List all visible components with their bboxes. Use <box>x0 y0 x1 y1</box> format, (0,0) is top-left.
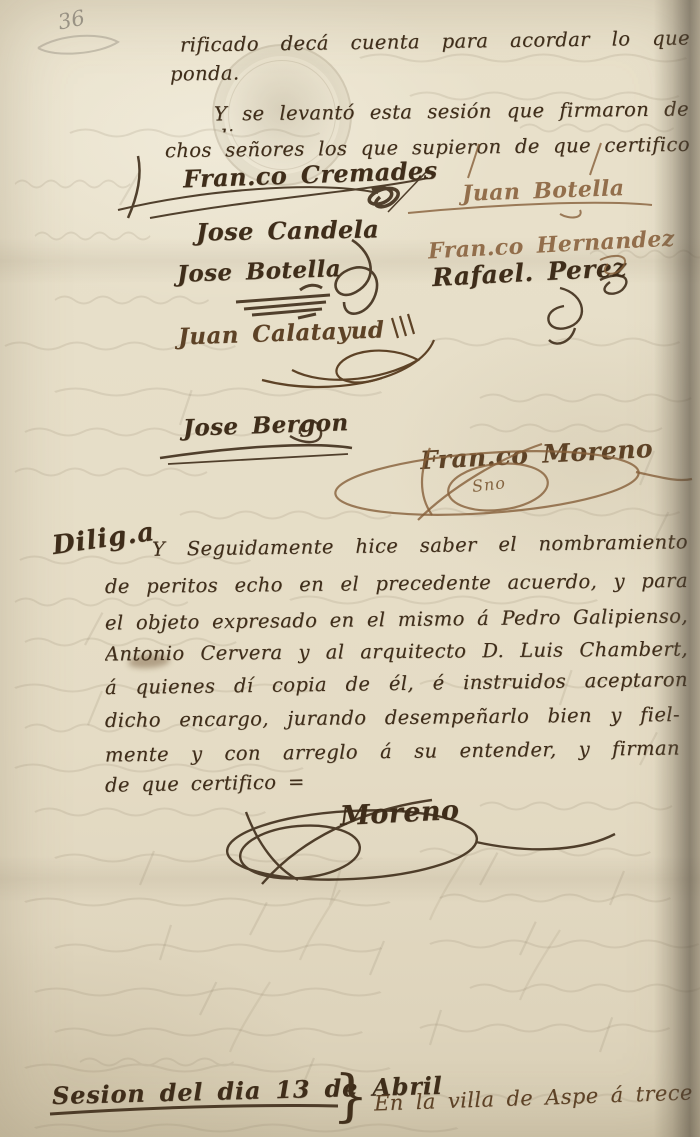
manuscript-page: 36 rificado decá cuenta para acordar lo … <box>0 0 700 1137</box>
session-header-brace: } <box>332 1063 370 1129</box>
paraph-left-margin <box>128 156 140 218</box>
signature-jose-botella: Jose Botella <box>177 255 342 288</box>
diligencia-line-4: Antonio Cervera y al arquitecto D. Luis … <box>105 637 688 672</box>
signature-rubric-jose-botella <box>236 285 330 318</box>
pencil-page-number: 36 <box>56 5 87 34</box>
diligencia-line-3: el objeto expresado en el mismo á Pedro … <box>105 604 688 641</box>
opening-line-1: rificado decá cuenta para acordar lo que… <box>180 26 690 63</box>
signature-juan-botella: Juan Botella <box>462 175 625 207</box>
signature-bergon: Jose Bergon <box>183 409 349 442</box>
moreno-rubric-text: Sno <box>471 473 507 496</box>
opening-line-3: Y se levantó esta sesión que firmaron de… <box>214 98 689 133</box>
paper-crease <box>0 856 700 902</box>
opening-line-2: ponda. <box>170 61 240 85</box>
diligencia-line-2: de peritos echo en el precedente acuerdo… <box>105 569 688 605</box>
diligencia-line-5: á quienes dí copia de él, é instruidos a… <box>105 668 688 706</box>
page-gutter-shadow <box>654 0 700 1137</box>
diligencia-line-7: mente y con arreglo á su entender, y fir… <box>105 736 680 773</box>
diligencia-line-1: Y Seguidamente hice saber el nombramient… <box>152 530 688 567</box>
signature-moreno: Fran.co Moreno <box>419 434 653 475</box>
diligencia-line-8: de que certifico = <box>105 770 305 796</box>
signature-candela: Jose Candela <box>196 214 380 246</box>
diligencia-line-6: dicho encargo, jurando desempeñarlo bien… <box>105 703 680 739</box>
diligencia-label: Dilig.a <box>50 517 156 561</box>
signature-calatayud: Juan Calatayud <box>178 316 385 350</box>
signature-rubric-perez <box>548 275 626 343</box>
signature-moreno-closing: Moreno <box>339 795 460 832</box>
